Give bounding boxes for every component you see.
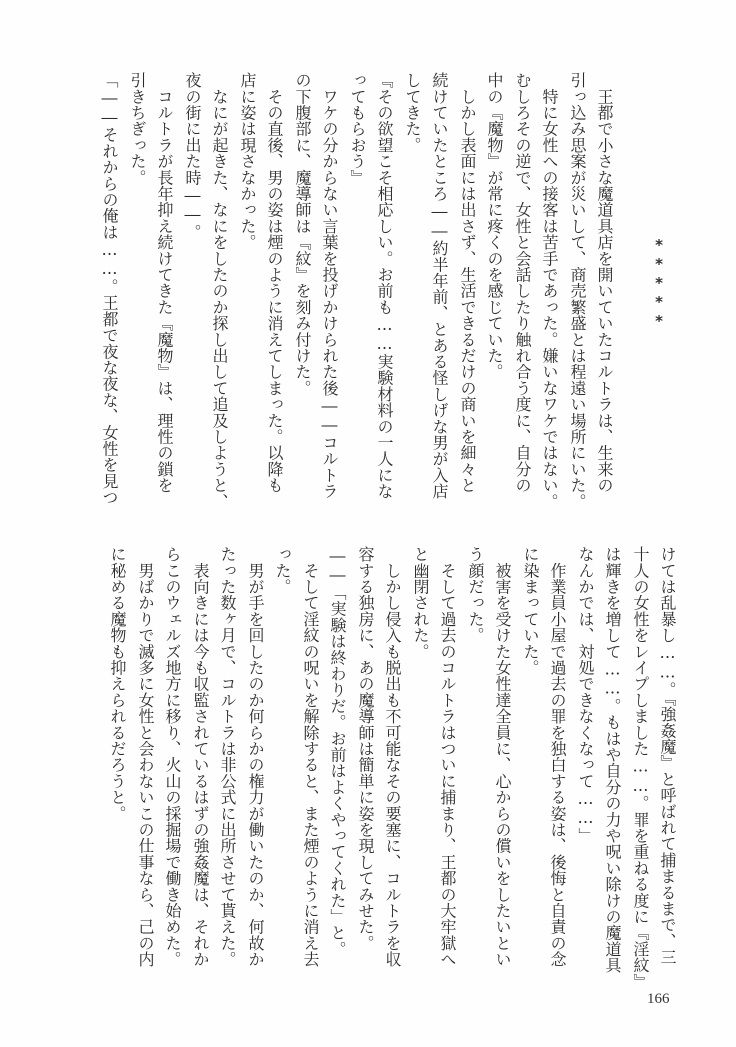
- text-column: 夜の街に出た時――。: [182, 72, 200, 240]
- text-column: う顔だった。: [465, 546, 483, 643]
- text-column: 作業員小屋で過去の罪を独白する姿は、後悔と自責の念: [547, 546, 565, 967]
- text-column: なにが起きた、なにをしたのか探し出して追及しようと、: [209, 72, 227, 509]
- text-column: ワケの分からない言葉を投げかけられた後――コルトラ: [319, 72, 337, 499]
- text-column: った。: [272, 546, 290, 595]
- text-column: してきた。: [402, 72, 420, 153]
- text-column: しかし表面には出さず、生活できるだけの商いを細々と: [457, 72, 475, 493]
- text-column: ってもらおう』: [347, 72, 365, 185]
- book-page: ***** 王都で小さな魔道具店を開いていたコルトラは、生来の引っ込み思案が災い…: [0, 0, 736, 1047]
- text-column: 「――それからの俺は……。王都で夜な夜な、女性を見つ: [99, 72, 117, 505]
- text-column: 特に女性への接客は苦手であった。嫌いなワケではない。: [539, 72, 557, 509]
- text-column: しかし侵入も脱出も不可能なその要塞に、コルトラを収: [382, 546, 400, 967]
- text-column: らこのウェルズ地方に移り、火山の採掘場で働き始めた。: [162, 546, 180, 967]
- text-column: 王都で小さな魔道具店を開いていたコルトラは、生来の: [594, 72, 612, 493]
- text-column: ――「実験は終わりだ。お前はよくやってくれた」と。: [327, 546, 345, 957]
- text-column: その直後、男の姿は煙のように消えてしまった。以降も: [264, 72, 282, 493]
- text-column: 中の『魔物』が常に疼くのを感じていた。: [484, 72, 502, 380]
- text-column: 男ばかりで滅多に女性と会わないこの仕事なら、己の内: [135, 546, 153, 967]
- text-column: 被害を受けた女性達全員に、心からの償いをしたいとい: [492, 546, 510, 967]
- text-column: 引っ込み思案が災いして、商売繁盛とは程遠い場所にいた。: [567, 72, 585, 509]
- text-column: 男が手を回したのか何らかの権力が働いたのか、何故か: [245, 546, 263, 967]
- text-column: 店に姿は現さなかった。: [237, 72, 255, 250]
- text-column: 『その欲望こそ相応しい。お前も……実験材料の一人にな: [374, 72, 392, 499]
- text-column: コルトラが長年抑え続けてきた『魔物』は、理性の鎖を: [154, 72, 172, 493]
- text-column: むしろその逆で、女性と会話したり触れ合う度に、自分の: [512, 72, 530, 493]
- text-column: けては乱暴し……。『強姦魔』と呼ばれて捕まるまで、三: [657, 546, 675, 965]
- text-column: 十人の女性をレイプしました……。罪を重ねる度に『淫紋』: [630, 546, 648, 989]
- text-column: と幽閉された。: [410, 546, 428, 659]
- text-column: なんかでは、対処できなくなって……」: [575, 546, 593, 844]
- text-column: 容する独房に、あの魔導師は簡単に姿を現してみせた。: [355, 546, 373, 951]
- text-column: そして淫紋の呪いを解除すると、また煙のように消え去: [300, 546, 318, 967]
- text-column: 引きちぎった。: [127, 72, 145, 185]
- text-column: は輝きを増して……。もはや自分の力や呪い除けの魔道具: [602, 546, 620, 973]
- text-column: に秘める魔物も抑えられるだろうと。: [107, 546, 125, 821]
- text-column: の下腹部に、魔導師は『紋』を刻み付けた。: [292, 72, 310, 396]
- page-number: 166: [647, 991, 670, 1008]
- text-column: に染まっていた。: [520, 546, 538, 676]
- section-break-asterisks: *****: [651, 236, 667, 331]
- text-column: たった数ヶ月で、コルトラは非公式に出所させて貰えた。: [217, 546, 235, 967]
- text-column: 続けていたところ――約半年前、とある怪しげな男が入店: [429, 72, 447, 499]
- text-column: そして過去のコルトラはついに捕まり、王都の大牢獄へ: [437, 546, 455, 967]
- text-column: 表向きには今も収監されているはずの強姦魔は、それか: [190, 546, 208, 967]
